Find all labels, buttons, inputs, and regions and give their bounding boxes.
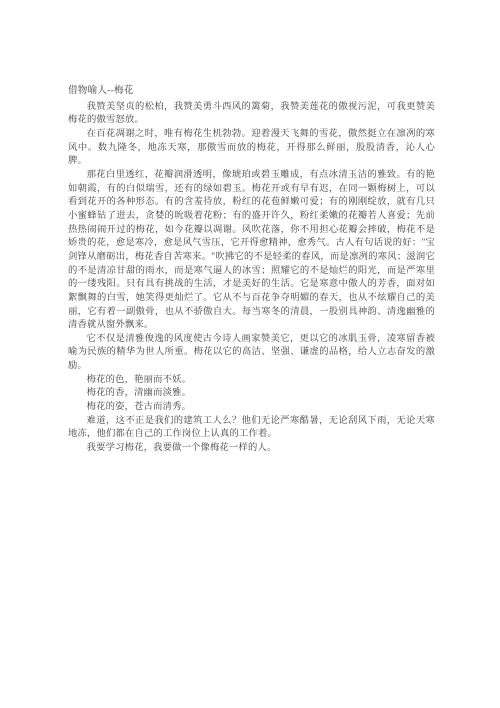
paragraph: 我赞美坚贞的松柏，我赞美勇斗西风的篱菊，我赞美莲花的傲视污泥，可我更赞美梅花的傲… bbox=[68, 101, 435, 128]
document-page: 借物喻人--梅花 我赞美坚贞的松柏，我赞美勇斗西风的篱菊，我赞美莲花的傲视污泥，… bbox=[0, 0, 500, 708]
paragraph: 梅花的色，艳丽而不妖。 bbox=[68, 374, 435, 388]
paragraph: 在百花凋谢之时，唯有梅花生机勃勃。迎着漫天飞舞的雪花，傲然挺立在凛冽的寒风中。数… bbox=[68, 128, 435, 169]
paragraph: 我要学习梅花，我要做一个像梅花一样的人。 bbox=[68, 442, 435, 456]
document-title: 借物喻人--梅花 bbox=[68, 84, 435, 98]
paragraph: 难道，这不正是我们的建筑工人么？他们无论严寒酷暑，无论刮风下雨，无论天寒地冻，他… bbox=[68, 415, 435, 442]
paragraph: 梅花的香，清幽而淡雅。 bbox=[68, 387, 435, 401]
document-body: 借物喻人--梅花 我赞美坚贞的松柏，我赞美勇斗西风的篱菊，我赞美莲花的傲视污泥，… bbox=[68, 84, 435, 456]
paragraph: 它不仅是清雅俊逸的风度使古今诗人画家赞美它，更以它的冰肌玉骨，凌寒留香被喻为民族… bbox=[68, 333, 435, 374]
paragraph: 那花白里透红，花瓣润滑透明，像琥珀或碧玉雕成，有点冰清玉洁的雅致。有的艳如朝霞，… bbox=[68, 169, 435, 333]
paragraph: 梅花的姿，苍古而清秀。 bbox=[68, 401, 435, 415]
